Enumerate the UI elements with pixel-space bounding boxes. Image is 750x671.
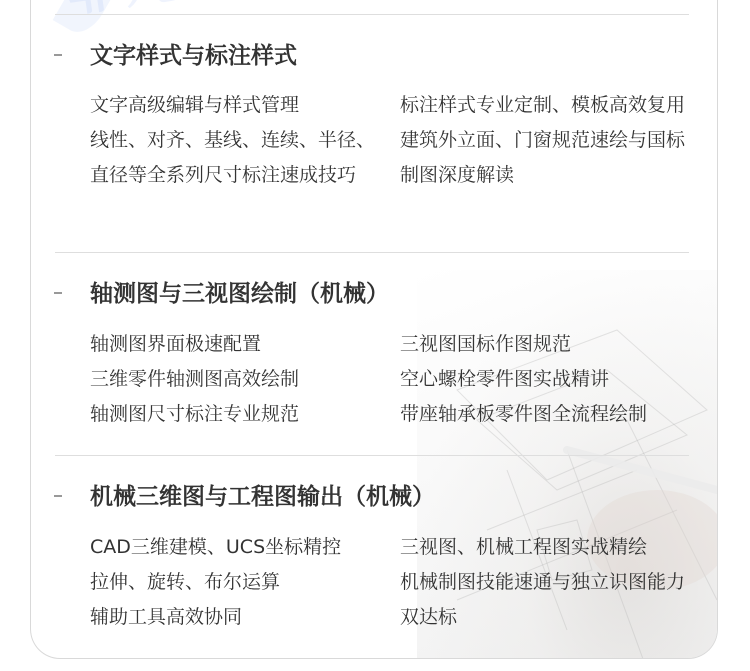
- list-item: 线性、对齐、基线、连续、半径、直径等全系列尺寸标注速成技巧: [90, 123, 375, 193]
- left-column: CAD三维建模、UCS坐标精控 拉伸、旋转、布尔运算 辅助工具高效协同: [90, 530, 375, 635]
- list-item: 带座轴承板零件图全流程绘制: [400, 397, 718, 432]
- list-item: 双达标: [400, 600, 718, 635]
- divider: [55, 252, 689, 253]
- course-outline-card: 非凡教育 文字样式与标注样式 文字高级编辑与样式管理 线性、对齐、基线、连续、半…: [30, 0, 718, 659]
- right-column: 三视图国标作图规范 空心螺栓零件图实战精讲 带座轴承板零件图全流程绘制: [400, 327, 718, 432]
- dash-bullet-icon: [54, 292, 62, 294]
- list-item: 辅助工具高效协同: [90, 600, 375, 635]
- dash-bullet-icon: [54, 495, 62, 497]
- right-column: 标注样式专业定制、模板高效复用 建筑外立面、门窗规范速绘与国标 制图深度解读: [400, 88, 718, 193]
- section-header: 轴测图与三视图绘制（机械）: [31, 280, 717, 320]
- section-header: 机械三维图与工程图输出（机械）: [31, 483, 717, 523]
- list-item: 三维零件轴测图高效绘制: [90, 362, 375, 397]
- list-item: 三视图、机械工程图实战精绘: [400, 530, 718, 565]
- section-title: 文字样式与标注样式: [90, 42, 297, 70]
- list-item: 标注样式专业定制、模板高效复用: [400, 88, 718, 123]
- left-column: 轴测图界面极速配置 三维零件轴测图高效绘制 轴测图尺寸标注专业规范: [90, 327, 375, 432]
- list-item: 建筑外立面、门窗规范速绘与国标: [400, 123, 718, 158]
- list-item: 轴测图界面极速配置: [90, 327, 375, 362]
- section-header: 文字样式与标注样式: [31, 42, 717, 82]
- section-title: 机械三维图与工程图输出（机械）: [90, 483, 435, 511]
- right-column: 三视图、机械工程图实战精绘 机械制图技能速通与独立识图能力 双达标: [400, 530, 718, 635]
- list-item: 文字高级编辑与样式管理: [90, 88, 375, 123]
- dash-bullet-icon: [54, 54, 62, 56]
- list-item: 机械制图技能速通与独立识图能力: [400, 565, 718, 600]
- list-item: 轴测图尺寸标注专业规范: [90, 397, 375, 432]
- divider: [55, 455, 689, 456]
- section-title: 轴测图与三视图绘制（机械）: [90, 280, 389, 308]
- list-item: 三视图国标作图规范: [400, 327, 718, 362]
- divider: [55, 14, 689, 15]
- left-column: 文字高级编辑与样式管理 线性、对齐、基线、连续、半径、直径等全系列尺寸标注速成技…: [90, 88, 375, 193]
- list-item: CAD三维建模、UCS坐标精控: [90, 530, 375, 565]
- list-item: 空心螺栓零件图实战精讲: [400, 362, 718, 397]
- list-item: 拉伸、旋转、布尔运算: [90, 565, 375, 600]
- list-item: 制图深度解读: [400, 158, 718, 193]
